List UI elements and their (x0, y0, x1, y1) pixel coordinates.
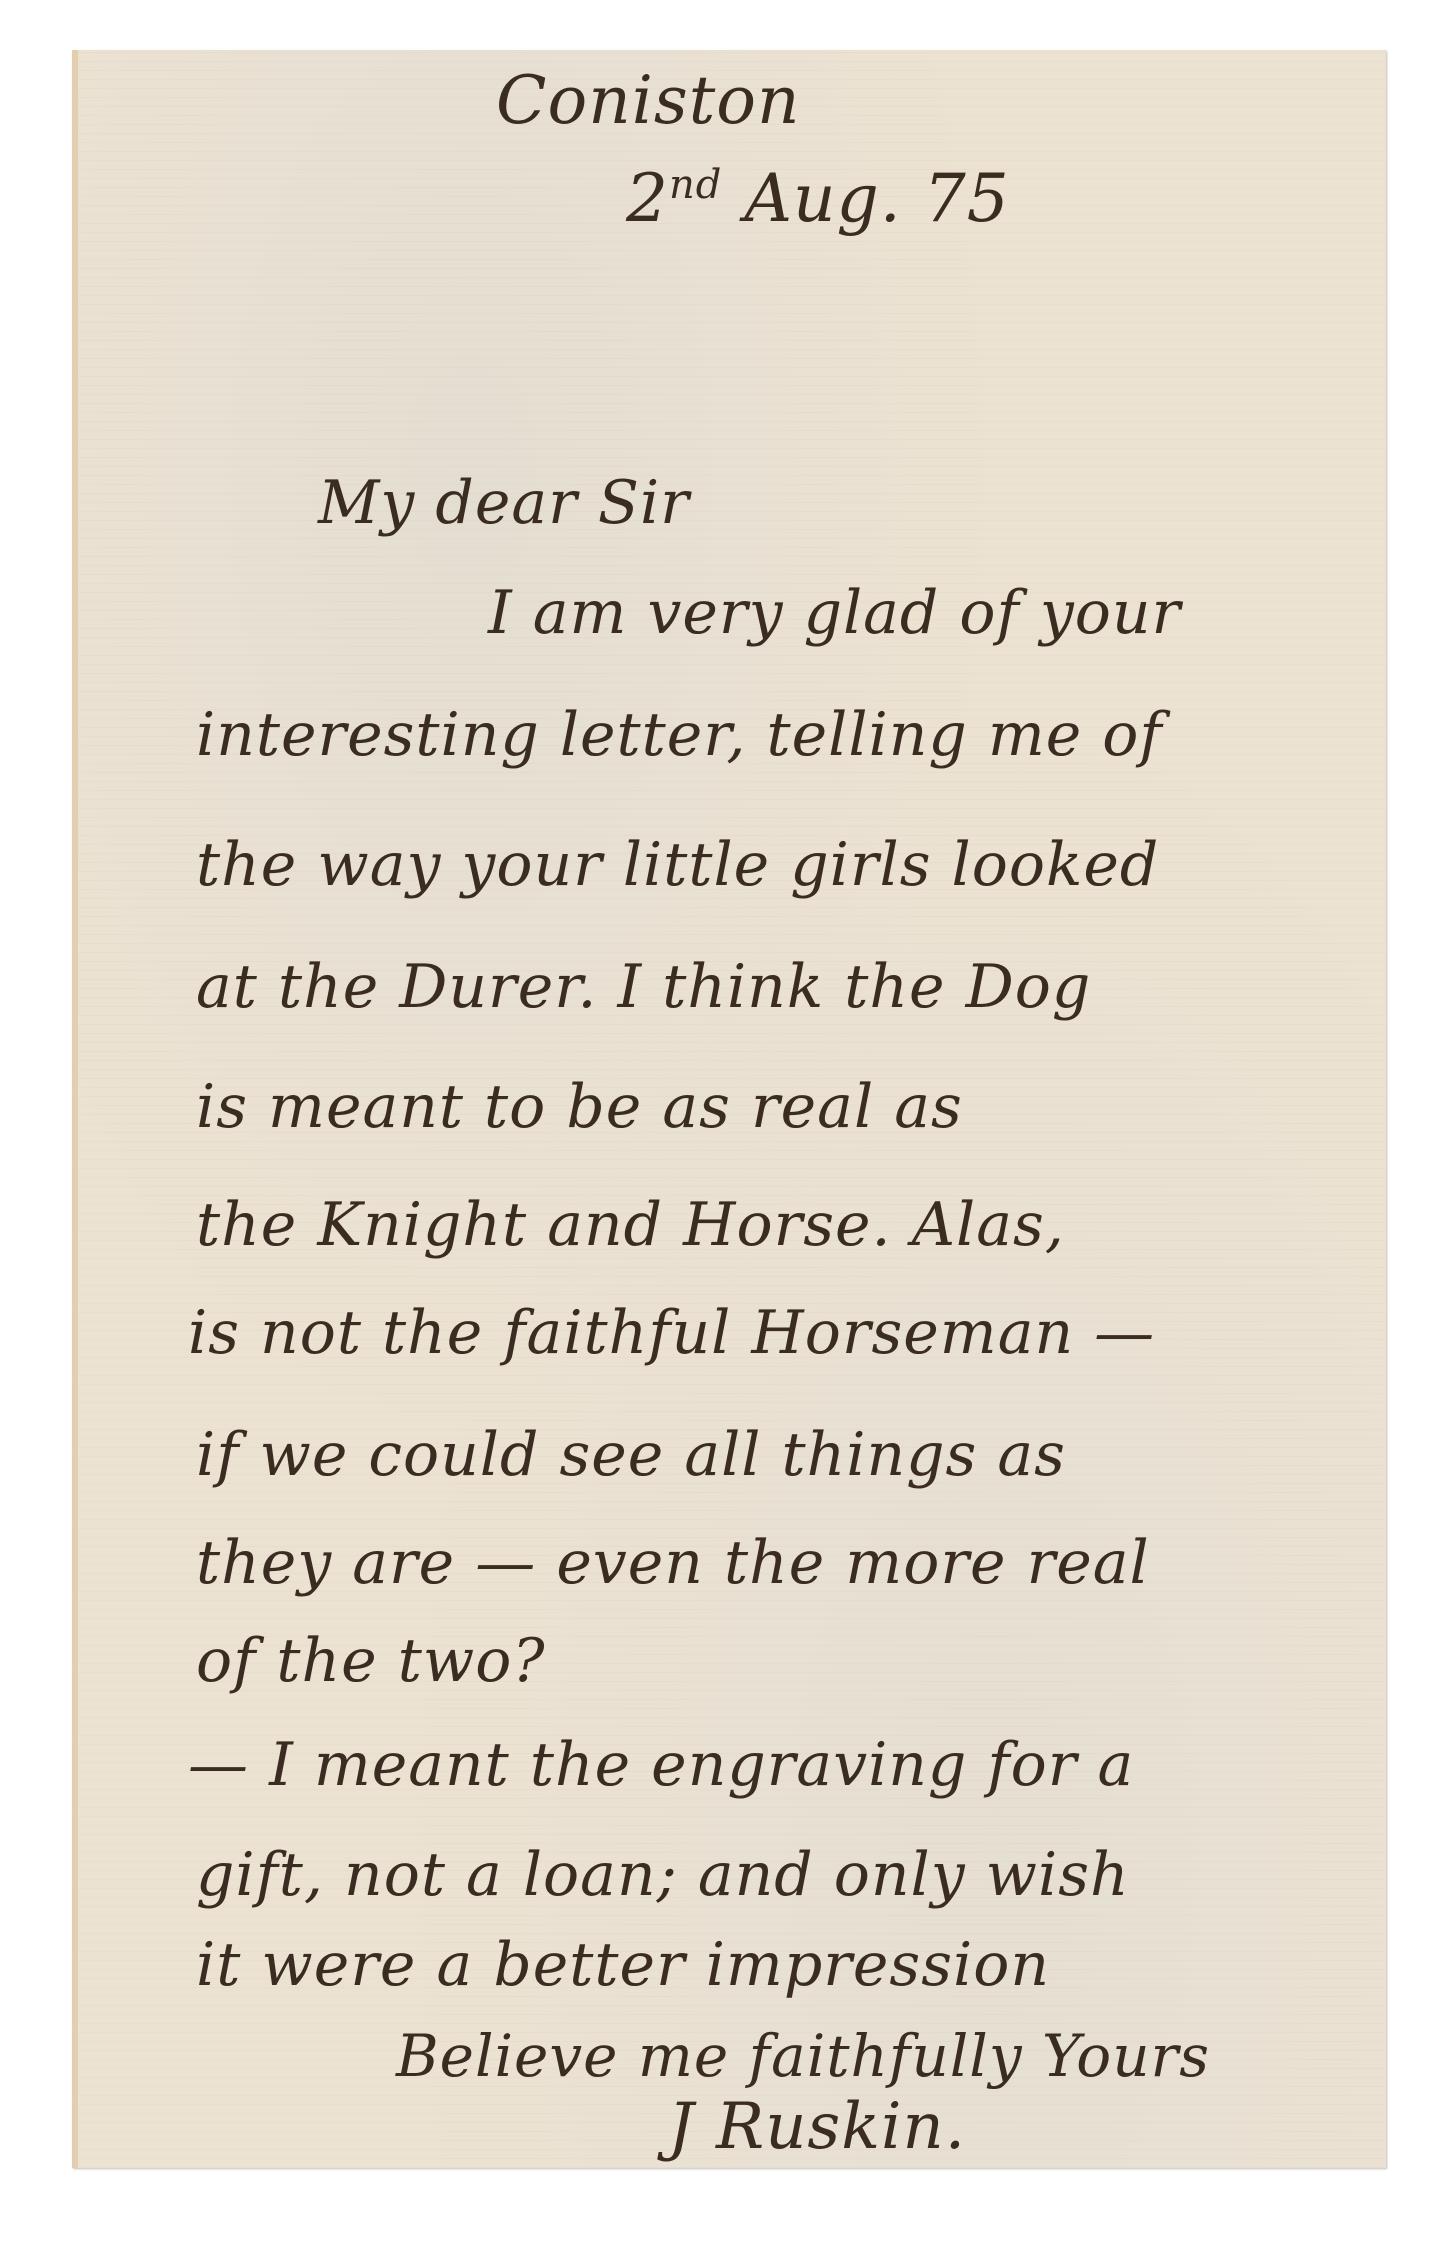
body-line-6: the Knight and Horse. Alas, (196, 1190, 1065, 1260)
date-month: Aug. (744, 160, 901, 237)
letter-place: Coniston (496, 62, 800, 139)
salutation: My dear Sir (318, 468, 690, 538)
letter-paper: Coniston 2nd Aug. 75 My dear Sir I am ve… (72, 50, 1386, 2168)
body-line-1: I am very glad of your (488, 578, 1181, 648)
body-line-3: the way your little girls looked (196, 830, 1159, 900)
body-line-8: if we could see all things as (196, 1420, 1066, 1490)
date-year: 75 (924, 160, 1010, 237)
date-suffix: nd (669, 162, 722, 208)
body-line-9: they are — even the more real (196, 1528, 1150, 1598)
letter-closing: Believe me faithfully Yours (396, 2022, 1210, 2090)
letter-date: 2nd Aug. 75 (626, 160, 1010, 237)
body-line-10: of the two? (196, 1626, 546, 1696)
body-line-4: at the Durer. I think the Dog (196, 952, 1091, 1022)
date-day: 2 (626, 160, 669, 237)
body-line-12: gift, not a loan; and only wish (196, 1840, 1130, 1910)
body-line-5: is meant to be as real as (196, 1072, 963, 1142)
signature: J Ruskin. (668, 2090, 966, 2164)
body-line-2: interesting letter, telling me of (196, 700, 1163, 770)
body-line-7: is not the faithful Horseman — (188, 1298, 1155, 1368)
body-line-13: it were a better impression (196, 1930, 1050, 2000)
body-line-11: — I meant the engraving for a (188, 1730, 1134, 1800)
